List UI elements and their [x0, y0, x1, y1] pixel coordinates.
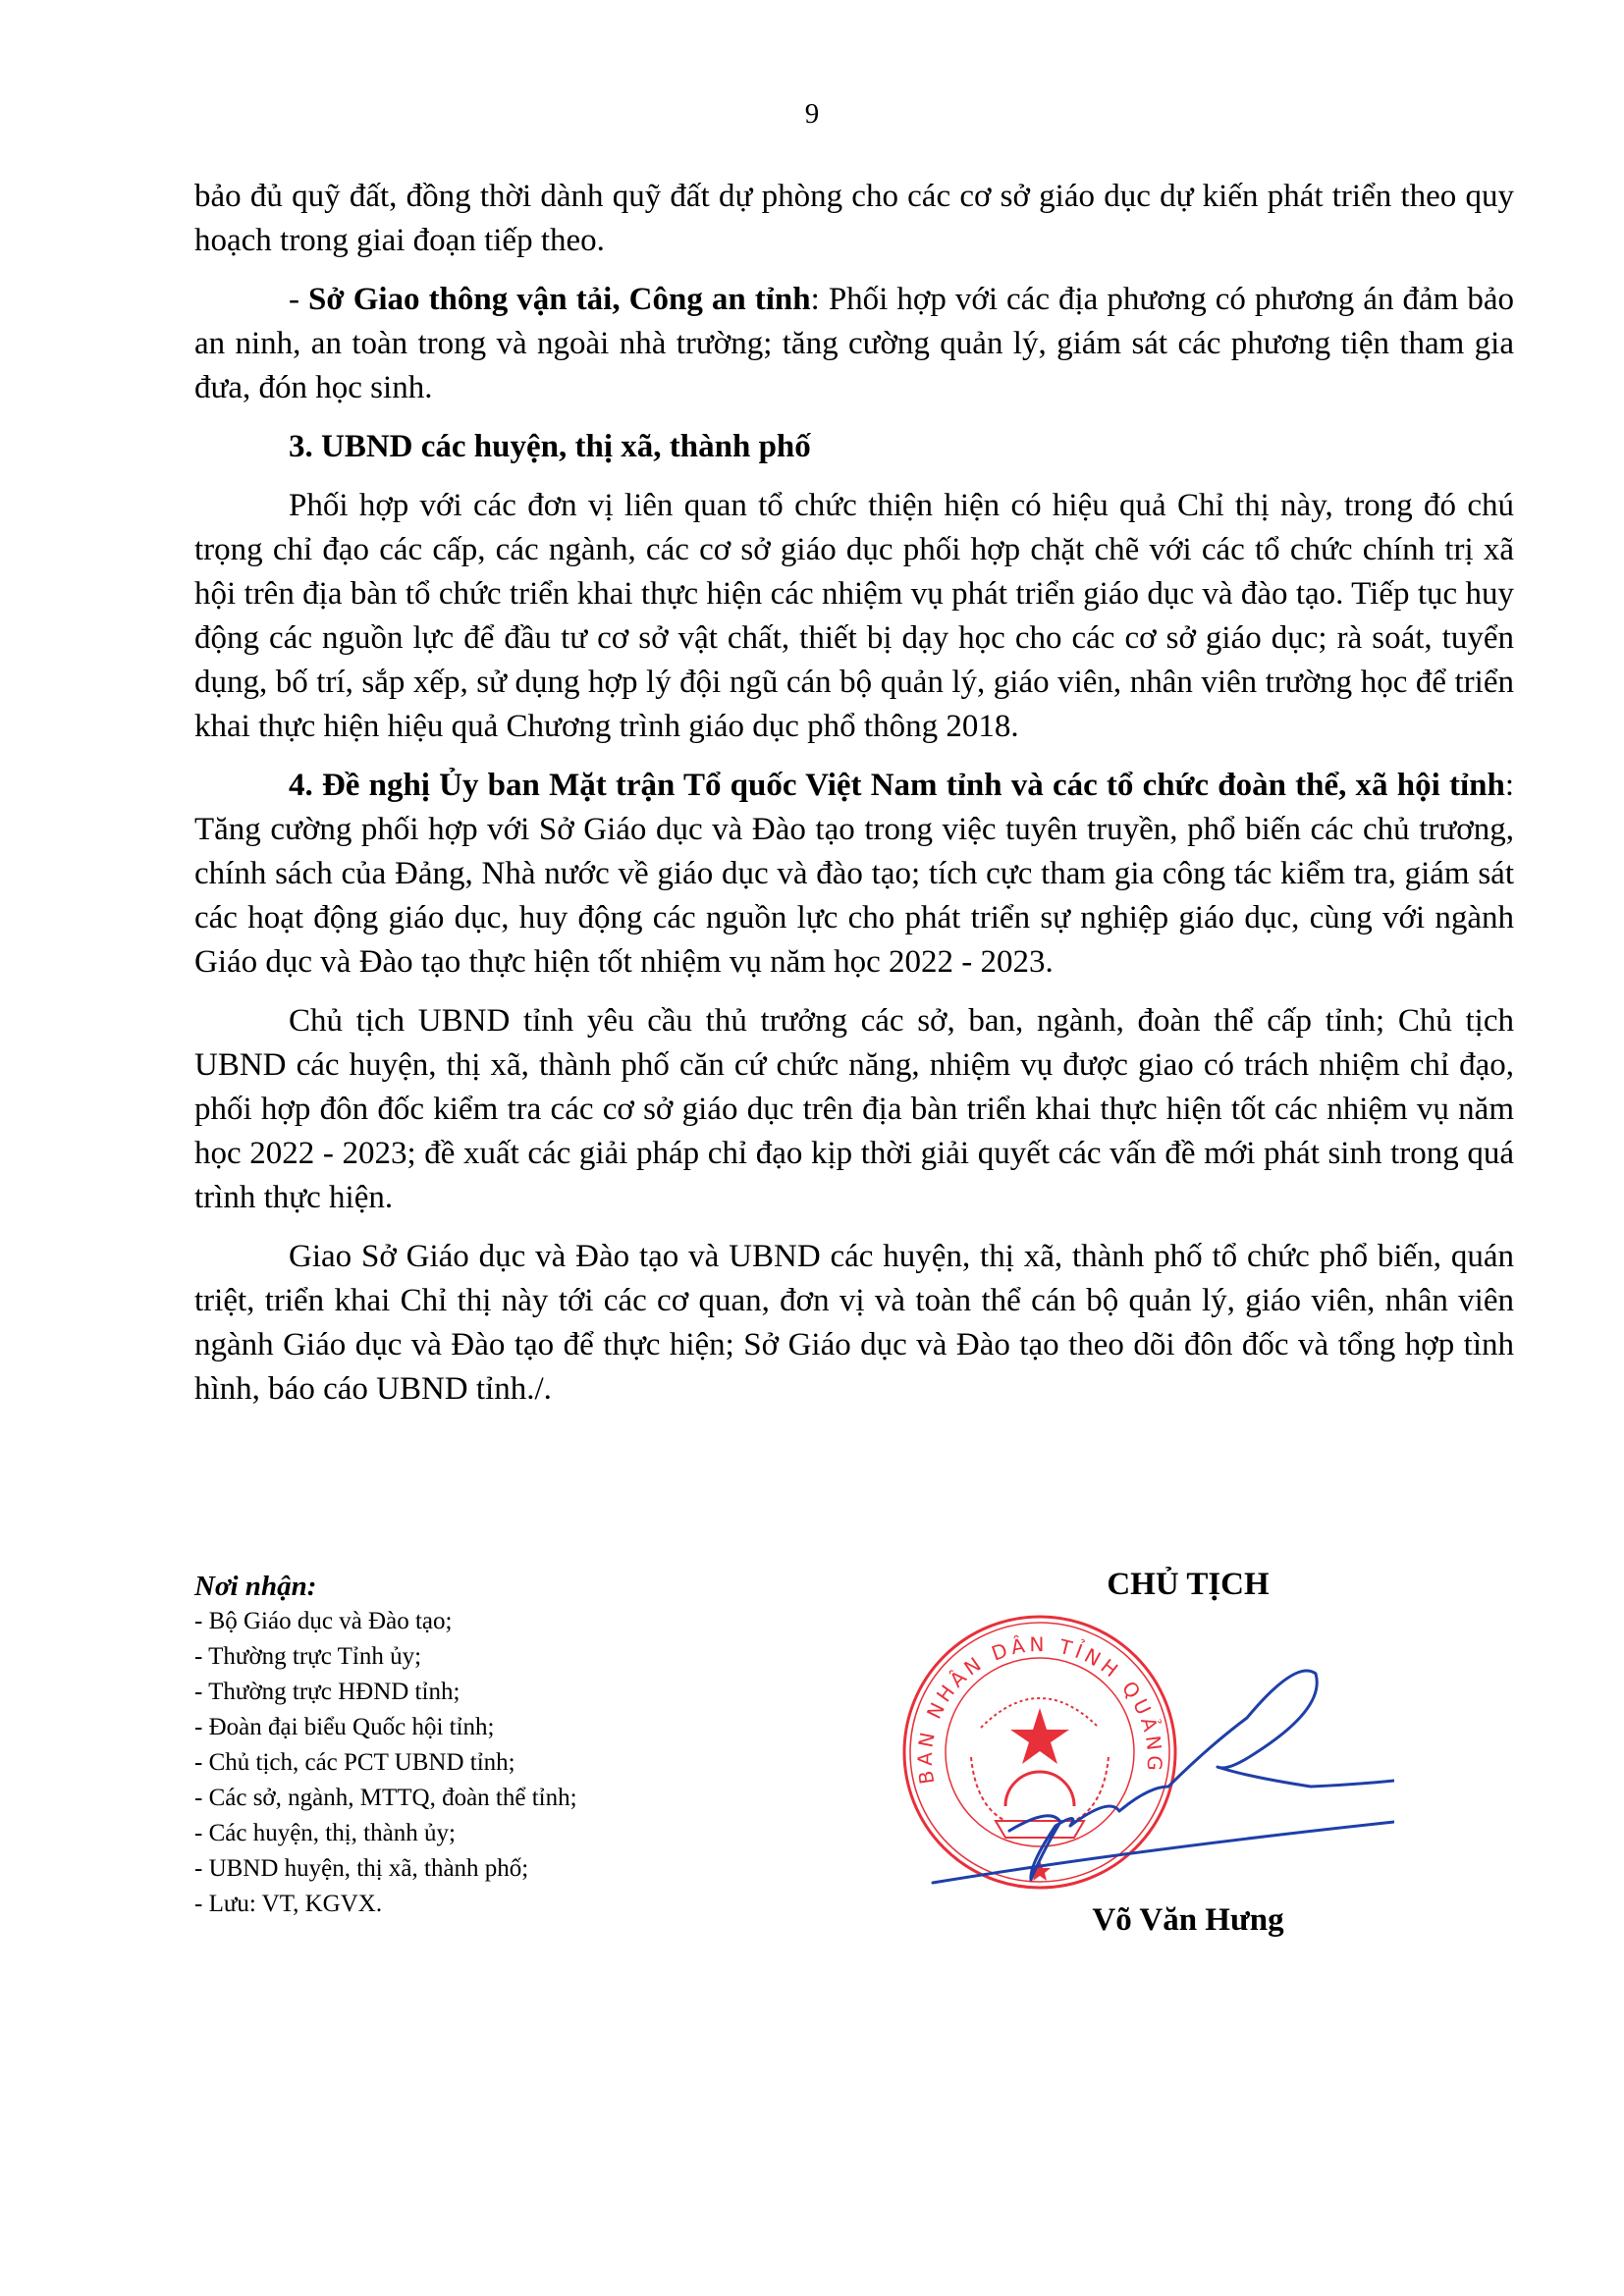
- paragraph-label: Sở Giao thông vận tải, Công an tỉnh: [308, 282, 811, 317]
- signer-title: CHỦ TỊCH: [1080, 1567, 1296, 1603]
- recipient-item: - Các huyện, thị, thành ủy;: [194, 1816, 705, 1851]
- paragraph-text: bảo đủ quỹ đất, đồng thời dành quỹ đất d…: [194, 179, 1514, 258]
- recipient-item: - Chủ tịch, các PCT UBND tỉnh;: [194, 1745, 705, 1781]
- paragraph-text: Giao Sở Giáo dục và Đào tạo và UBND các …: [194, 1239, 1514, 1407]
- paragraph-text: Chủ tịch UBND tỉnh yêu cầu thủ trưởng cá…: [194, 1003, 1514, 1215]
- list-dash: -: [289, 282, 308, 317]
- recipient-item: - Thường trực Tỉnh ủy;: [194, 1639, 705, 1675]
- paragraph-fatherland-front: 4. Đề nghị Ủy ban Mặt trận Tổ quốc Việt …: [194, 764, 1514, 985]
- section-number: 4.: [289, 768, 322, 803]
- recipients-block: Nơi nhận: - Bộ Giáo dục và Đào tạo; - Th…: [194, 1569, 705, 1922]
- signer-name: Võ Văn Hưng: [1051, 1902, 1326, 1939]
- recipient-item: - Bộ Giáo dục và Đào tạo;: [194, 1604, 705, 1639]
- handwritten-signature-icon: [884, 1629, 1394, 1885]
- paragraph-chairman-request: Chủ tịch UBND tỉnh yêu cầu thủ trưởng cá…: [194, 999, 1514, 1220]
- recipient-item: - Đoàn đại biểu Quốc hội tỉnh;: [194, 1710, 705, 1745]
- paragraph-assignment: Giao Sở Giáo dục và Đào tạo và UBND các …: [194, 1235, 1514, 1412]
- recipient-item: - Lưu: VT, KGVX.: [194, 1887, 705, 1922]
- recipient-item: - Thường trực HĐND tỉnh;: [194, 1675, 705, 1710]
- recipients-title: Nơi nhận:: [194, 1569, 705, 1604]
- recipient-item: - Các sở, ngành, MTTQ, đoàn thể tỉnh;: [194, 1781, 705, 1816]
- page-number: 9: [0, 98, 1624, 131]
- document-body: bảo đủ quỹ đất, đồng thời dành quỹ đất d…: [194, 175, 1514, 1426]
- paragraph-continuation: bảo đủ quỹ đất, đồng thời dành quỹ đất d…: [194, 175, 1514, 263]
- paragraph-label: Đề nghị Ủy ban Mặt trận Tổ quốc Việt Nam…: [322, 768, 1505, 803]
- section-heading-3: 3. UBND các huyện, thị xã, thành phố: [194, 425, 1514, 469]
- paragraph-district-ubnd: Phối hợp với các đơn vị liên quan tổ chứ…: [194, 484, 1514, 749]
- paragraph-transport-police: - Sở Giao thông vận tải, Công an tỉnh: P…: [194, 278, 1514, 410]
- paragraph-text: Phối hợp với các đơn vị liên quan tổ chứ…: [194, 488, 1514, 744]
- recipient-item: - UBND huyện, thị xã, thành phố;: [194, 1851, 705, 1887]
